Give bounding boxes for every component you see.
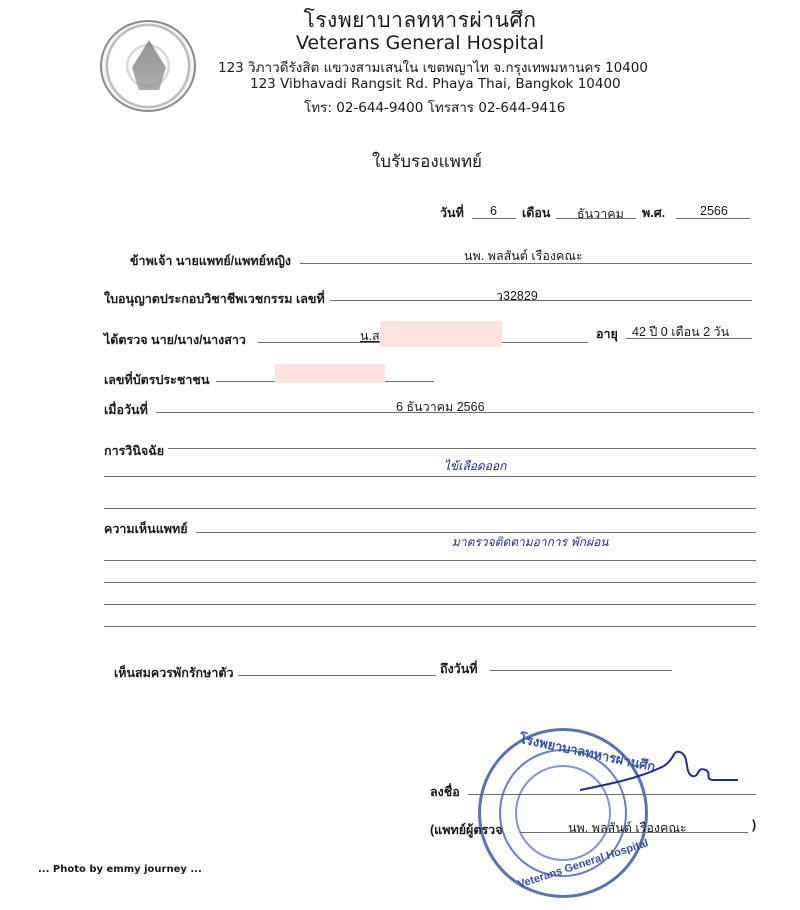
opinion-line-4 bbox=[104, 604, 756, 605]
year-value: 2566 bbox=[700, 204, 728, 218]
month-value: ธันวาคม bbox=[577, 204, 624, 224]
year-label: พ.ศ. bbox=[642, 203, 665, 223]
license-value: ว32829 bbox=[496, 286, 538, 306]
opinion-line-2 bbox=[104, 560, 756, 561]
doctor-label: ข้าพเจ้า นายแพทย์/แพทย์หญิง bbox=[130, 251, 291, 271]
license-line bbox=[330, 300, 752, 301]
examiner-label: (แพทย์ผู้ตรวจ bbox=[430, 820, 503, 840]
month-label: เดือน bbox=[522, 203, 550, 223]
rest-label: เห็นสมควรพักรักษาตัว bbox=[114, 663, 234, 683]
until-line bbox=[490, 670, 672, 671]
diagnosis-line-2 bbox=[104, 476, 756, 477]
document-title: ใบรับรองแพทย์ bbox=[372, 148, 482, 175]
day-line bbox=[472, 218, 516, 219]
license-label: ใบอนุญาตประกอบวิชาชีพเวชกรรม เลขที่ bbox=[104, 289, 325, 309]
rest-line bbox=[238, 675, 436, 676]
opinion-line-5 bbox=[104, 626, 756, 627]
diagnosis-line-3 bbox=[104, 508, 756, 509]
examiner-close-paren: ) bbox=[752, 818, 756, 832]
age-value: 42 ปี 0 เดือน 2 วัน bbox=[632, 322, 729, 342]
until-label: ถึงวันที่ bbox=[440, 659, 477, 679]
hospital-name-english: Veterans General Hospital bbox=[0, 32, 800, 54]
diagnosis-label: การวินิจฉัย bbox=[104, 441, 164, 461]
day-value: 6 bbox=[490, 204, 497, 218]
diagnosis-line-1 bbox=[168, 448, 756, 449]
photo-credit: ... Photo by emmy journey ... bbox=[38, 864, 202, 875]
exam-date-label: เมื่อวันที่ bbox=[104, 400, 148, 420]
opinion-label: ความเห็นแพทย์ bbox=[104, 519, 188, 539]
patient-name-prefix: น.ส bbox=[360, 326, 380, 346]
redacted-patient-name bbox=[380, 321, 502, 347]
age-label: อายุ bbox=[596, 324, 618, 344]
address-english: 123 Vibhavadi Rangsit Rd. Phaya Thai, Ba… bbox=[250, 76, 621, 92]
sign-label: ลงชื่อ bbox=[430, 782, 460, 802]
year-line bbox=[676, 218, 750, 219]
opinion-line-3 bbox=[104, 582, 756, 583]
opinion-handwritten: มาตรวจติดตามอาการ พักผ่อน bbox=[452, 533, 609, 552]
phone-fax: โทร: 02-644-9400 โทรสาร 02-644-9416 bbox=[304, 96, 565, 118]
address-thai: 123 วิภาวดีรังสิต แขวงสามเสนใน เขตพญาไท … bbox=[218, 56, 648, 78]
id-card-label: เลขที่บัตรประชาชน bbox=[104, 370, 209, 390]
doctor-signature bbox=[580, 748, 740, 798]
patient-label: ได้ตรวจ นาย/นาง/นางสาว bbox=[104, 330, 246, 350]
diagnosis-handwritten: ไข้เลือดออก bbox=[444, 457, 506, 476]
day-label: วันที่ bbox=[440, 203, 464, 223]
doctor-value: นพ. พลสันต์ เรืองคณะ bbox=[464, 246, 583, 266]
exam-date-value: 6 ธันวาคม 2566 bbox=[396, 397, 485, 417]
examiner-value: นพ. พลสันต์ เรืองคณะ bbox=[568, 818, 687, 838]
redacted-id-card bbox=[275, 364, 385, 383]
